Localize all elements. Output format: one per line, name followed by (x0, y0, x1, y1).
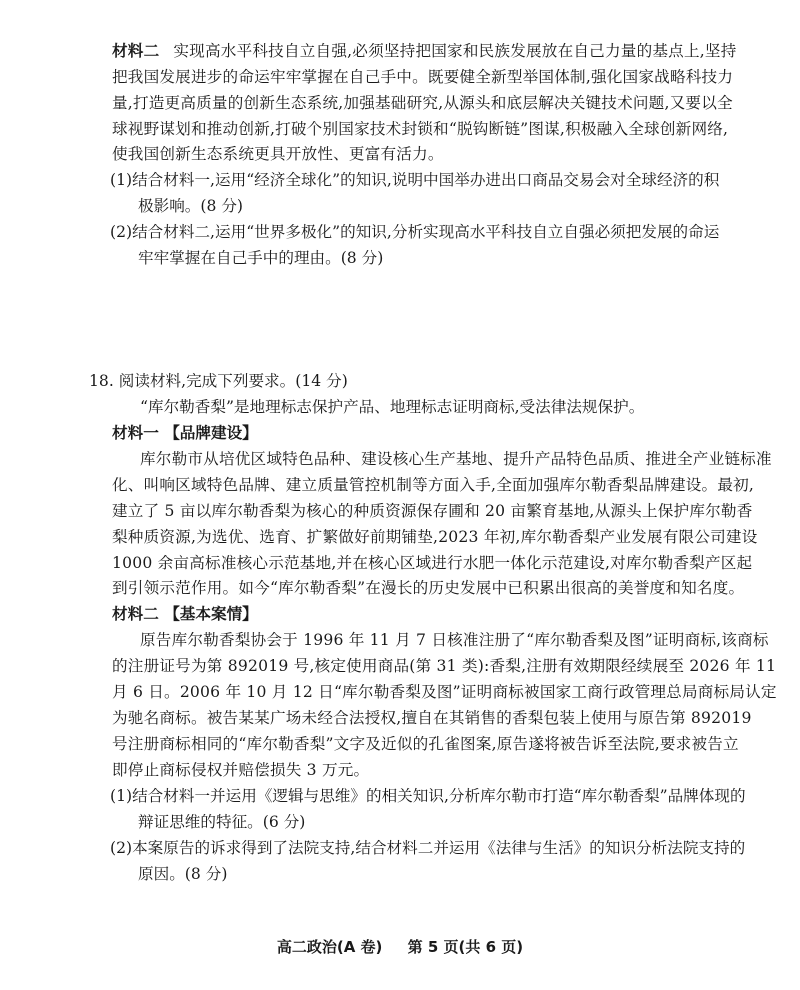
q18-sub2-line-1: (2)本案原告的诉求得到了法院支持,结合材料二并运用《法律与生活》的知识分析法院… (110, 838, 710, 858)
footer-page-number: 第 5 页(共 6 页) (408, 938, 523, 956)
q18-intro: “库尔勒香梨”是地理标志保护产品、地理标志证明商标,受法律法规保护。 (140, 397, 740, 417)
q18-heading: 18. 阅读材料,完成下列要求。(14 分) (89, 371, 689, 391)
q17-sub1-line-2: 极影响。(8 分) (138, 196, 708, 216)
q18-material2-line-4: 为驰名商标。被告某某广场未经合法授权,擅自在其销售的香梨包装上使用与原告第 89… (112, 708, 712, 728)
q18-material1-line-2: 化、叫响区域特色品牌、建立质量管控机制等方面入手,全面加强库尔勒香梨品牌建设。最… (112, 475, 712, 495)
footer-subject: 高二政治(A 卷) (277, 938, 383, 956)
material2-label: 材料二 (112, 42, 159, 60)
q18-material1-line-4: 梨种质资源,为选优、选育、扩繁做好前期铺垫,2023 年初,库尔勒香梨产业发展有… (112, 527, 712, 547)
exam-page: 材料二实现高水平科技自立自强,必须坚持把国家和民族发展放在自己力量的基点上,坚持… (0, 0, 800, 990)
q18-material1-line-3: 建立了 5 亩以库尔勒香梨为核心的种质资源保存圃和 20 亩繁育基地,从源头上保… (112, 501, 712, 521)
q17-sub2-line-1: (2)结合材料二,运用“世界多极化”的知识,分析实现高水平科技自立自强必须把发展… (110, 222, 710, 242)
q18-material2-line-2: 的注册证号为第 892019 号,核定使用商品(第 31 类):香梨,注册有效期… (112, 656, 712, 676)
q17-sub2-line-2: 牢牢掌握在自己手中的理由。(8 分) (138, 248, 708, 268)
q18-material1-line-5: 1000 余亩高标准核心示范基地,并在核心区域进行水肥一体化示范建设,对库尔勒香… (112, 553, 712, 573)
material2-line-5: 使我国创新生态系统更具开放性、更富有活力。 (112, 144, 712, 164)
q18-sub1-line-2: 辩证思维的特征。(6 分) (138, 812, 708, 832)
q18-material2-line-6: 即停止商标侵权并赔偿损失 3 万元。 (112, 760, 712, 780)
material2-line-2: 把我国发展进步的命运牢牢掌握在自己手中。既要健全新型举国体制,强化国家战略科技力 (112, 67, 712, 87)
q18-material2-line-5: 号注册商标相同的“库尔勒香梨”文字及近似的孔雀图案,原告遂将被告诉至法院,要求被… (112, 734, 712, 754)
q18-material2-line-3: 月 6 日。2006 年 10 月 12 日“库尔勒香梨及图”证明商标被国家工商… (112, 682, 712, 702)
page-footer: 高二政治(A 卷) 第 5 页(共 6 页) (0, 936, 800, 957)
q18-sub2-line-2: 原因。(8 分) (138, 864, 708, 884)
q18-material2-label: 材料二 【基本案情】 (112, 604, 712, 624)
q18-material1-line-6: 到引领示范作用。如今“库尔勒香梨”在漫长的历史发展中已积累出很高的美誉度和知名度… (112, 578, 712, 598)
material2-line-1: 材料二实现高水平科技自立自强,必须坚持把国家和民族发展放在自己力量的基点上,坚持 (112, 41, 712, 61)
material2-line-3: 量,打造更高质量的创新生态系统,加强基础研究,从源头和底层解决关键技术问题,又要… (112, 93, 712, 113)
q18-sub1-line-1: (1)结合材料一并运用《逻辑与思维》的相关知识,分析库尔勒市打造“库尔勒香梨”品… (110, 786, 710, 806)
q18-material1-label: 材料一 【品牌建设】 (112, 423, 712, 443)
q18-material1-line-1: 库尔勒市从培优区域特色品种、建设核心生产基地、提升产品特色品质、推进全产业链标准 (140, 449, 712, 469)
material2-line-4: 球视野谋划和推动创新,打破个别国家技术封锁和“脱钩断链”图谋,积极融入全球创新网… (112, 119, 712, 139)
q18-material2-line-1: 原告库尔勒香梨协会于 1996 年 11 月 7 日核准注册了“库尔勒香梨及图”… (140, 630, 712, 650)
q17-sub1-line-1: (1)结合材料一,运用“经济全球化”的知识,说明中国举办进出口商品交易会对全球经… (110, 170, 710, 190)
